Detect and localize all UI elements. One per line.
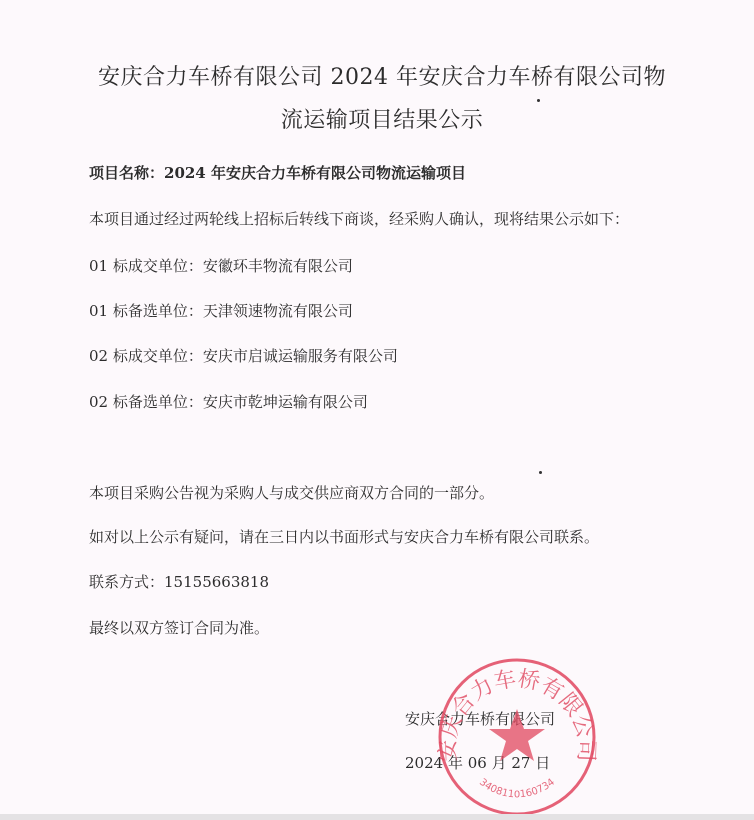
result-label: 02 标成交单位：: [89, 347, 203, 365]
result-label: 01 标备选单位：: [89, 302, 203, 320]
result-company: 安庆市启诚运输服务有限公司: [203, 347, 398, 365]
document-title-line1: 安庆合力车桥有限公司 2024 年安庆合力车桥有限公司物: [5, 60, 754, 91]
intro-text: 本项目通过经过两轮线上招标后转线下商谈，经采购人确认，现将结果公示如下：: [89, 208, 629, 229]
signature-date: 2024 年 06 月 27 日: [405, 752, 550, 773]
company-seal-stamp: 安庆合力车桥有限公司 3408110160734: [437, 657, 597, 817]
document-title-line2: 流运输项目结果公示: [5, 103, 754, 134]
inquiry-text: 如对以上公示有疑问，请在三日内以书面形式与安庆合力车桥有限公司联系。: [89, 526, 599, 547]
result-company: 安徽环丰物流有限公司: [203, 257, 353, 275]
result-label: 02 标备选单位：: [89, 393, 203, 411]
final-note: 最终以双方签订合同为准。: [89, 617, 269, 638]
svg-text:3408110160734: 3408110160734: [477, 777, 557, 800]
project-name: 项目名称：2024 年安庆合力车桥有限公司物流运输项目: [89, 162, 466, 183]
contact-line: 联系方式：15155663818: [89, 571, 269, 592]
contact-phone: 15155663818: [164, 573, 269, 591]
signature-company: 安庆合力车桥有限公司: [405, 708, 555, 729]
result-company: 天津领速物流有限公司: [203, 302, 353, 320]
scan-speck: [539, 471, 542, 474]
scan-speck: [537, 99, 540, 102]
notice-text: 本项目采购公告视为采购人与成交供应商双方合同的一部分。: [89, 482, 494, 503]
result-row: 01 标备选单位：天津领速物流有限公司: [89, 300, 353, 321]
contact-label: 联系方式：: [89, 573, 164, 591]
result-company: 安庆市乾坤运输有限公司: [203, 393, 368, 411]
result-row: 01 标成交单位：安徽环丰物流有限公司: [89, 255, 353, 276]
page-bottom-edge: [0, 814, 754, 820]
result-label: 01 标成交单位：: [89, 257, 203, 275]
result-row: 02 标备选单位：安庆市乾坤运输有限公司: [89, 391, 368, 412]
document-page: 安庆合力车桥有限公司 2024 年安庆合力车桥有限公司物 流运输项目结果公示 项…: [0, 0, 754, 814]
result-row: 02 标成交单位：安庆市启诚运输服务有限公司: [89, 345, 398, 366]
